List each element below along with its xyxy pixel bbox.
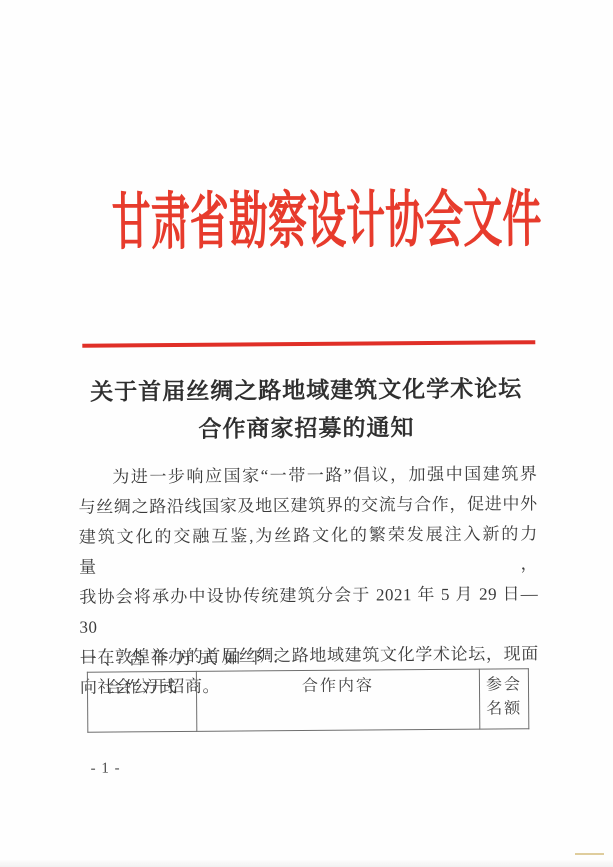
paragraph-line: 为进一步响应国家“一带一路”倡议，加强中国建筑界 bbox=[78, 459, 537, 493]
document-content: 甘肃省勘察设计协会文件 关于首届丝绸之路地域建筑文化学术论坛 合作商家招募的通知… bbox=[0, 0, 613, 867]
notice-title-line1: 关于首届丝绸之路地域建筑文化学术论坛 bbox=[0, 370, 613, 413]
table-header-attendance-quota-line1: 参会 bbox=[480, 673, 528, 697]
scanned-document-page: 甘肃省勘察设计协会文件 关于首届丝绸之路地域建筑文化学术论坛 合作商家招募的通知… bbox=[0, 0, 613, 867]
paragraph-line: 与丝绸之路沿线国家及地区建筑界的交流与合作，促进中外 bbox=[78, 489, 537, 523]
paragraph-line: 建筑文化的交融互鉴,为丝路文化的繁荣发展注入新的力量， bbox=[79, 519, 538, 583]
scan-edge-shadow bbox=[0, 859, 613, 867]
table-header-cooperation-method: 合作方式 bbox=[87, 671, 196, 732]
cooperation-table-header-row: 合作方式 合作内容 参会 名额 bbox=[87, 669, 528, 732]
table-header-attendance-quota-line2: 名额 bbox=[480, 697, 528, 721]
cooperation-table: 合作方式 合作内容 参会 名额 bbox=[87, 668, 529, 732]
letterhead-title: 甘肃省勘察设计协会文件 bbox=[111, 186, 498, 257]
scan-artifact bbox=[575, 853, 604, 855]
notice-title-line2: 合作商家招募的通知 bbox=[0, 408, 613, 451]
table-header-cooperation-content: 合作内容 bbox=[196, 669, 479, 731]
section-heading-cooperation-methods: 一、合作方式如下： bbox=[80, 643, 296, 670]
table-header-attendance-quota: 参会 名额 bbox=[479, 669, 528, 729]
page-number: - 1 - bbox=[91, 760, 121, 777]
letterhead-separator-line bbox=[82, 340, 535, 348]
notice-title: 关于首届丝绸之路地域建筑文化学术论坛 合作商家招募的通知 bbox=[0, 370, 613, 451]
paragraph-line: 我协会将承办中设协传统建筑分会于 2021 年 5 月 29 日—30 bbox=[79, 579, 538, 643]
